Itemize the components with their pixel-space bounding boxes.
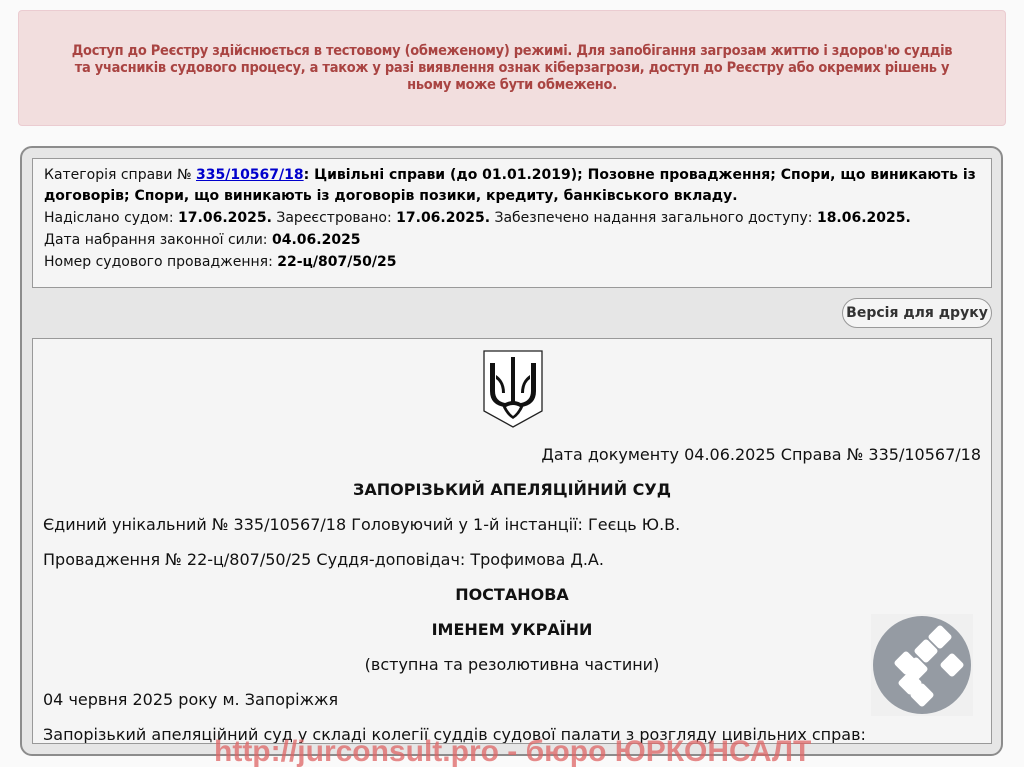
court-name: ЗАПОРІЗЬКИЙ АПЕЛЯЦІЙНИЙ СУД xyxy=(33,480,991,499)
category-label: Категорія справи № xyxy=(44,167,196,183)
effective-date: Дата набрання законної сили: 04.06.2025 xyxy=(44,229,980,251)
case-info-panel: Категорія справи № 335/10567/18: Цивільн… xyxy=(32,158,992,288)
access-label: Забезпечено надання загального доступу: xyxy=(490,210,817,226)
effective-value: 04.06.2025 xyxy=(272,232,361,248)
alert-text: Доступ до Реєстру здійснюється в тестово… xyxy=(68,43,955,94)
case-number-link[interactable]: 335/10567/18 xyxy=(196,167,304,183)
access-value: 18.06.2025. xyxy=(817,210,911,226)
registered-value: 17.06.2025. xyxy=(396,210,490,226)
document-date-line: Дата документу 04.06.2025 Справа № 335/1… xyxy=(541,445,981,464)
print-version-button[interactable]: Версія для друку xyxy=(842,298,992,328)
proceeding-number: Номер судового провадження: 22-ц/807/50/… xyxy=(44,251,980,273)
place-date-line: 04 червня 2025 року м. Запоріжжя xyxy=(43,690,338,709)
floating-badge[interactable] xyxy=(871,614,973,716)
sent-label: Надіслано судом: xyxy=(44,210,178,226)
case-dates: Надіслано судом: 17.06.2025. Зареєстрова… xyxy=(44,207,980,229)
document-parts: (вступна та резолютивна частини) xyxy=(33,655,991,674)
effective-label: Дата набрання законної сили: xyxy=(44,232,272,248)
watermark-text: http://jurconsult.pro - бюро ЮРКОНСАЛТ xyxy=(214,735,811,767)
document-body: Дата документу 04.06.2025 Справа № 335/1… xyxy=(32,338,992,744)
in-name-of-ukraine: ІМЕНЕМ УКРАЇНИ xyxy=(33,620,991,639)
registered-label: Зареєстровано: xyxy=(272,210,396,226)
proceeding-label: Номер судового провадження: xyxy=(44,254,277,270)
unique-number-line: Єдиний унікальний № 335/10567/18 Головую… xyxy=(43,515,680,534)
proceeding-line: Провадження № 22-ц/807/50/25 Суддя-допов… xyxy=(43,550,604,569)
document-type: ПОСТАНОВА xyxy=(33,585,991,604)
case-category: Категорія справи № 335/10567/18: Цивільн… xyxy=(44,165,980,207)
access-warning-alert: Доступ до Реєстру здійснюється в тестово… xyxy=(18,10,1006,126)
trident-icon xyxy=(482,349,544,429)
proceeding-value: 22-ц/807/50/25 xyxy=(277,254,396,270)
sent-value: 17.06.2025. xyxy=(178,210,272,226)
puzzle-badge-icon[interactable] xyxy=(871,614,973,716)
